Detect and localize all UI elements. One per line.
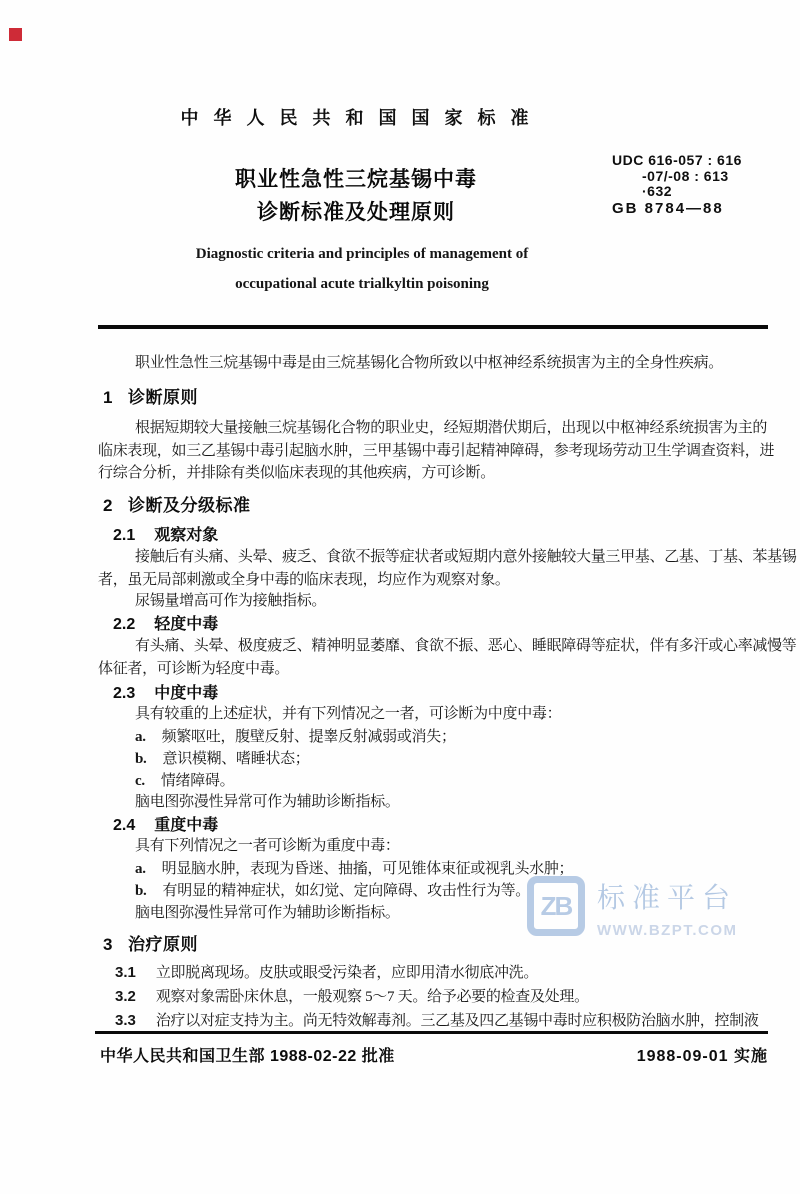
doc-title-en-line2: occupational acute trialkyltin poisoning [0,276,724,293]
body-line-14: 2.3中度中毒 [113,680,218,703]
body-line-10-text: 尿锡量增高可作为接触指标。 [135,593,326,609]
body-line-10: 尿锡量增高可作为接触指标。 [135,589,326,610]
body-line-28-label: 3.3 [115,1012,136,1029]
watermark: ZB 标准平台 WWW.BZPT.COM [527,876,737,939]
body-line-7-label: 2.1 [113,527,135,544]
body-line-6: 2诊断及分级标准 [103,491,250,516]
udc-code-line1: UDC 616-057 : 616 [612,153,742,169]
body-line-18-label: c. [135,773,145,789]
body-line-7: 2.1观察对象 [113,522,218,545]
body-line-20-text: 重度中毒 [154,817,218,834]
body-line-17-text: 意识模糊、嗜睡状态； [163,751,310,767]
body-line-6-label: 2 [103,496,113,515]
doc-title-en-line1: Diagnostic criteria and principles of ma… [0,246,724,263]
watermark-logo-icon: ZB [527,876,585,936]
body-line-22-text: 明显脑水肿，表现为昏迷、抽搐，可见锥体束征或视乳头水肿； [162,861,574,877]
body-line-2-text: 诊断原则 [128,388,198,407]
body-line-26: 3.1立即脱离现场。皮肤或眼受污染者，应即用清水彻底冲洗。 [115,961,538,982]
body-line-24: 脑电图弥漫性异常可作为辅助诊断指标。 [135,901,400,922]
body-line-28: 3.3治疗以对症支持为主。尚无特效解毒剂。三乙基及四乙基锡中毒时应积极防治脑水肿… [115,1009,759,1030]
body-line-23-text: 有明显的精神症状，如幻觉、定向障碍、攻击性行为等。 [163,883,531,899]
body-line-20-label: 2.4 [113,817,135,834]
body-line-14-label: 2.3 [113,685,135,702]
body-line-1: 职业性急性三烷基锡中毒是由三烷基锡化合物所致以中枢神经系统损害为主的全身性疾病。 [135,351,723,372]
udc-standard-number-block: UDC 616-057 : 616 -07/-08 : 613 ·632 GB … [612,153,742,216]
body-line-25-label: 3 [103,935,113,954]
body-line-12: 有头痛、头晕、极度疲乏、精神明显萎靡、食欲不振、恶心、睡眠障碍等症状，伴有多汗或… [135,634,797,655]
document-page: 中 华 人 民 共 和 国 国 家 标 准 职业性急性三烷基锡中毒 诊断标准及处… [0,0,800,1194]
body-line-8: 接触后有头痛、头晕、疲乏、食欲不振等症状者或短期内意外接触较大量三甲基、乙基、丁… [135,545,797,566]
body-line-3-text: 根据短期较大量接触三烷基锡化合物的职业史，经短期潜伏期后，出现以中枢神经系统损害… [135,420,767,436]
body-line-25-text: 治疗原则 [128,935,198,954]
body-line-5-text: 行综合分析，并排除有类似临床表现的其他疾病，方可诊断。 [98,465,495,481]
body-line-2-label: 1 [103,388,113,407]
body-line-9-text: 者，虽无局部刺激或全身中毒的临床表现，均应作为观察对象。 [98,572,510,588]
body-line-11: 2.2轻度中毒 [113,611,218,634]
body-line-21-text: 具有下列情况之一者可诊断为重度中毒： [135,838,400,854]
body-line-1-text: 职业性急性三烷基锡中毒是由三烷基锡化合物所致以中枢神经系统损害为主的全身性疾病。 [135,355,723,371]
udc-code-line2: -07/-08 : 613 [612,169,742,185]
approval-note: 中华人民共和国卫生部 1988-02-22 批准 [100,1043,395,1066]
body-line-17-label: b. [135,751,147,767]
body-line-16-text: 频繁呕吐，腹壁反射、提睾反射减弱或消失； [162,729,456,745]
body-line-13-text: 体征者，可诊断为轻度中毒。 [98,661,289,677]
udc-code-line3: ·632 [612,184,742,200]
body-line-9: 者，虽无局部刺激或全身中毒的临床表现，均应作为观察对象。 [98,568,510,589]
body-line-28-text: 治疗以对症支持为主。尚无特效解毒剂。三乙基及四乙基锡中毒时应积极防治脑水肿，控制… [156,1013,759,1029]
body-line-22-label: a. [135,861,146,877]
doc-title-cn-line1: 职业性急性三烷基锡中毒 [0,163,712,193]
body-line-14-text: 中度中毒 [154,685,218,702]
standard-name-header: 中 华 人 民 共 和 国 国 家 标 准 [0,104,714,130]
body-line-17: b.意识模糊、嗜睡状态； [135,747,310,768]
body-line-22: a.明显脑水肿，表现为昏迷、抽搐，可见锥体束征或视乳头水肿； [135,857,573,878]
body-line-26-label: 3.1 [115,964,136,981]
body-line-16-label: a. [135,729,146,745]
red-corner-mark [9,28,22,41]
body-line-4-text: 临床表现，如三乙基锡中毒引起脑水肿，三甲基锡中毒引起精神障碍，参考现场劳动卫生学… [98,443,774,459]
body-line-8-text: 接触后有头痛、头晕、疲乏、食欲不振等症状者或短期内意外接触较大量三甲基、乙基、丁… [135,549,797,565]
body-line-6-text: 诊断及分级标准 [128,496,251,515]
body-line-27-text: 观察对象需卧床休息，一般观察 5～7 天。给予必要的检查及处理。 [156,989,589,1005]
body-line-21: 具有下列情况之一者可诊断为重度中毒： [135,834,400,855]
body-line-7-text: 观察对象 [154,527,218,544]
body-line-15-text: 具有较重的上述症状，并有下列情况之一者，可诊断为中度中毒： [135,706,561,722]
body-line-15: 具有较重的上述症状，并有下列情况之一者，可诊断为中度中毒： [135,702,561,723]
body-line-4: 临床表现，如三乙基锡中毒引起脑水肿，三甲基锡中毒引起精神障碍，参考现场劳动卫生学… [98,439,774,460]
body-line-19: 脑电图弥漫性异常可作为辅助诊断指标。 [135,790,400,811]
body-line-11-label: 2.2 [113,616,135,633]
body-line-16: a.频繁呕吐，腹壁反射、提睾反射减弱或消失； [135,725,456,746]
header-rule [98,325,768,329]
body-line-2: 1诊断原则 [103,383,198,408]
body-line-13: 体征者，可诊断为轻度中毒。 [98,657,289,678]
watermark-name: 标准平台 [597,876,737,916]
body-line-23-label: b. [135,883,147,899]
watermark-url: WWW.BZPT.COM [597,922,737,939]
body-line-27: 3.2观察对象需卧床休息，一般观察 5～7 天。给予必要的检查及处理。 [115,985,589,1006]
body-line-20: 2.4重度中毒 [113,812,218,835]
body-line-19-text: 脑电图弥漫性异常可作为辅助诊断指标。 [135,794,400,810]
body-line-24-text: 脑电图弥漫性异常可作为辅助诊断指标。 [135,905,400,921]
body-line-12-text: 有头痛、头晕、极度疲乏、精神明显萎靡、食欲不振、恶心、睡眠障碍等症状，伴有多汗或… [135,638,797,654]
body-line-11-text: 轻度中毒 [154,616,218,633]
body-line-18-text: 情绪障碍。 [161,773,235,789]
standard-number: GB 8784—88 [612,200,742,217]
body-line-27-label: 3.2 [115,988,136,1005]
doc-title-cn-line2: 诊断标准及处理原则 [0,196,712,226]
body-line-3: 根据短期较大量接触三烷基锡化合物的职业史，经短期潜伏期后，出现以中枢神经系统损害… [135,416,767,437]
implementation-note: 1988-09-01 实施 [637,1043,768,1066]
body-line-25: 3治疗原则 [103,930,198,955]
body-line-23: b.有明显的精神症状，如幻觉、定向障碍、攻击性行为等。 [135,879,530,900]
footer-rule [95,1031,768,1034]
body-line-18: c.情绪障碍。 [135,769,234,790]
body-line-5: 行综合分析，并排除有类似临床表现的其他疾病，方可诊断。 [98,461,495,482]
body-line-26-text: 立即脱离现场。皮肤或眼受污染者，应即用清水彻底冲洗。 [156,965,538,981]
watermark-text-block: 标准平台 WWW.BZPT.COM [597,876,737,939]
